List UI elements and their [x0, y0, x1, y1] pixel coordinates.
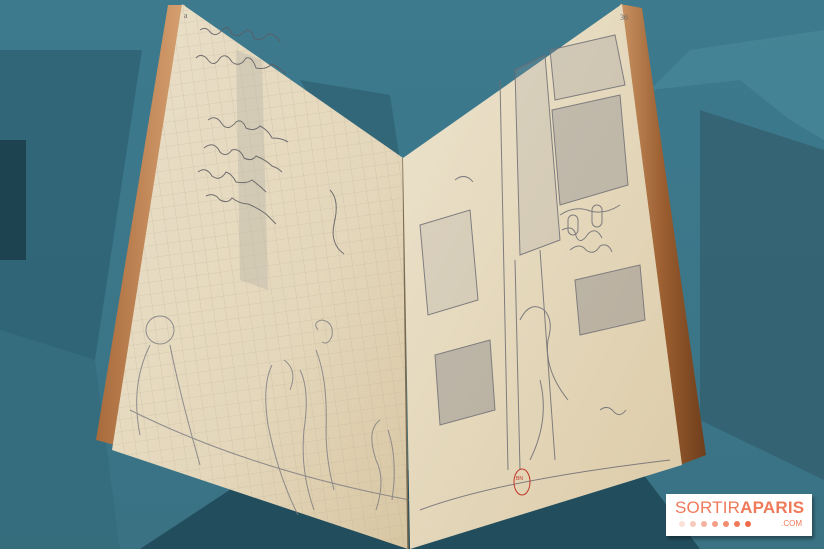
dot-icon: [701, 521, 707, 527]
photo-scene: a 36 BN: [0, 0, 824, 549]
brand-bold: APARIS: [740, 498, 804, 517]
right-page-mark: 36: [620, 13, 628, 22]
dark-block-left: [0, 140, 26, 260]
dot-icon: [723, 521, 729, 527]
brand-light: SORTIR: [675, 498, 740, 517]
watermark-suffix: .COM: [781, 519, 802, 528]
dot-icon: [679, 521, 685, 527]
shadow-right: [700, 110, 824, 480]
watermark-dots: [679, 521, 751, 527]
dot-icon: [734, 521, 740, 527]
watermark-logo: SORTIRAPARIS .COM: [666, 494, 812, 536]
dot-icon: [745, 521, 751, 527]
stamp-text: BN: [516, 476, 523, 482]
dot-icon: [712, 521, 718, 527]
watermark-brand: SORTIRAPARIS: [675, 498, 804, 518]
left-page-mark: a: [184, 11, 188, 20]
dot-icon: [690, 521, 696, 527]
